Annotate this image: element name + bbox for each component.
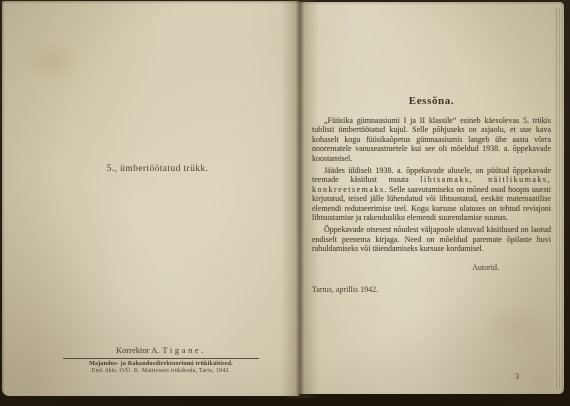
foreword-paragraph: „Füüsika gümnaasiumi I ja II klassile“ e…: [312, 116, 551, 163]
imprint-divider: [63, 358, 259, 359]
left-page: 5., ümbertöötatud trükk. Korrektor A.Tig…: [2, 1, 299, 396]
right-page: Eessõna. „Füüsika gümnaasiumi I ja II kl…: [299, 2, 564, 394]
foreword-paragraphs: „Füüsika gümnaasiumi I ja II klassile“ e…: [312, 116, 551, 254]
korrektor-name: Tigane.: [162, 345, 206, 355]
book-photo: { "photo": { "background_color": "#241d1…: [0, 0, 570, 406]
dateline: Tartus, aprillis 1942.: [312, 285, 551, 294]
paper-stain: [479, 302, 559, 352]
foreword-paragraph: Jäädes üldiselt 1938. a. õppekavade alus…: [312, 166, 551, 222]
korrektor-line: Korrektor A.Tigane.: [37, 345, 285, 355]
page-number: 3: [515, 371, 519, 381]
foreword-paragraph: Õppekavade otsesest nõudest väljapoole u…: [312, 225, 551, 253]
foreword-block: Eessõna. „Füüsika gümnaasiumi I ja II kl…: [312, 95, 551, 294]
signature-autorid: Autorid.: [312, 263, 551, 272]
imprint-line-2: End. ühis. O/Ü. K. Mattieseni trükikoda,…: [37, 368, 285, 374]
foreword-heading: Eessõna.: [312, 95, 551, 107]
imprint-line-1: Majandus- ja Rahandusdirektooriumi trüki…: [37, 361, 285, 367]
paragraph-text: „Füüsika gümnaasiumi I ja II klassile“ e…: [312, 116, 551, 163]
paragraph-text: Õppekavade otsesest nõudest väljapoole u…: [312, 225, 551, 253]
edition-note: 5., ümbertöötatud trükk.: [2, 164, 299, 174]
korrektor-block: Korrektor A.Tigane. Majandus- ja Rahandu…: [37, 345, 285, 374]
fore-edge: [554, 8, 564, 390]
paper-stain: [22, 41, 82, 81]
korrektor-label: Korrektor A.: [116, 345, 159, 355]
